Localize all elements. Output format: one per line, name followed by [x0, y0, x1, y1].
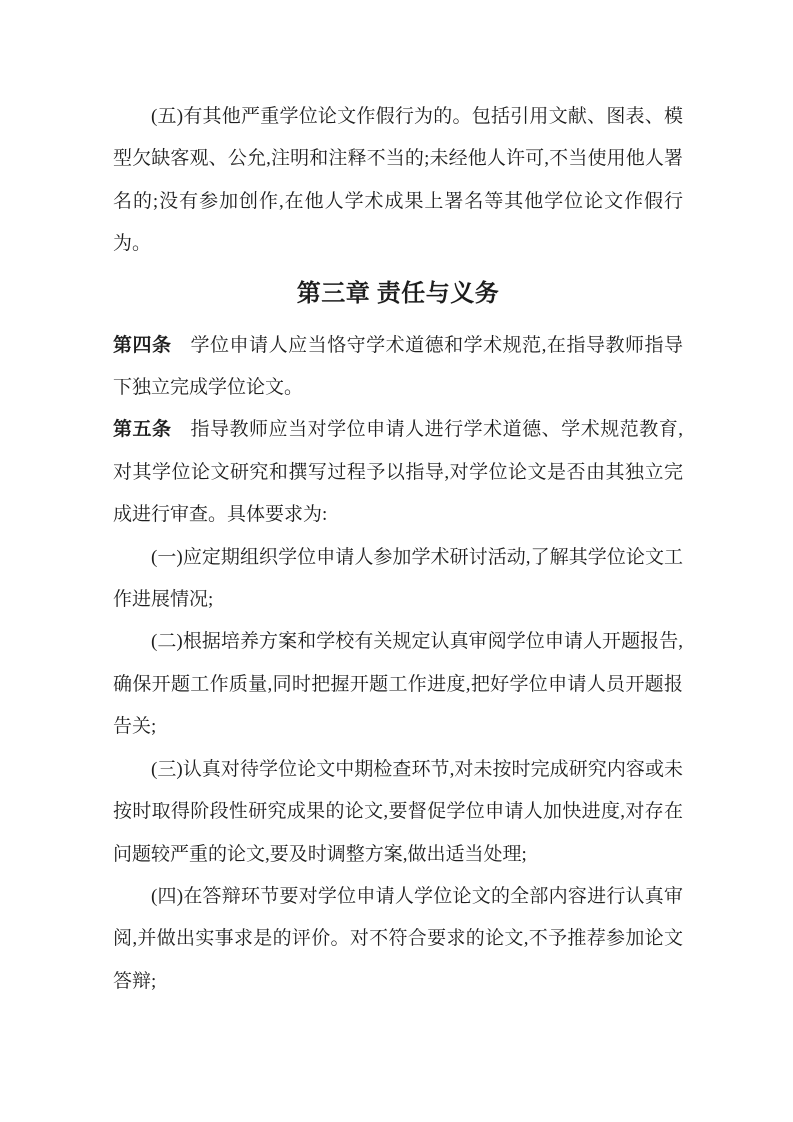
- article-4-text: 学位申请人应当恪守学术道德和学术规范,在指导教师指导下独立完成学位论文。: [113, 335, 683, 398]
- chapter-heading: 第三章 责任与义务: [113, 273, 683, 316]
- paragraph-item-4: (四)在答辩环节要对学位申请人学位论文的全部内容进行认真审阅,并做出实事求是的评…: [113, 876, 683, 1003]
- article-4: 第四条学位申请人应当恪守学术道德和学术规范,在指导教师指导下独立完成学位论文。: [113, 325, 683, 410]
- article-5: 第五条指导教师应当对学位申请人进行学术道德、学术规范教育,对其学位论文研究和撰写…: [113, 409, 683, 536]
- document-content: (五)有其他严重学位论文作假行为的。包括引用文献、图表、模型欠缺客观、公允,注明…: [113, 96, 683, 1003]
- paragraph-item-2: (二)根据培养方案和学校有关规定认真审阅学位申请人开题报告,确保开题工作质量,同…: [113, 621, 683, 748]
- article-5-text: 指导教师应当对学位申请人进行学术道德、学术规范教育,对其学位论文研究和撰写过程予…: [113, 419, 683, 525]
- paragraph-clause-5: (五)有其他严重学位论文作假行为的。包括引用文献、图表、模型欠缺客观、公允,注明…: [113, 96, 683, 266]
- paragraph-item-3: (三)认真对待学位论文中期检查环节,对未按时完成研究内容或未按时取得阶段性研究成…: [113, 749, 683, 876]
- article-4-label: 第四条: [113, 335, 172, 356]
- article-5-label: 第五条: [113, 419, 172, 440]
- document-page: (五)有其他严重学位论文作假行为的。包括引用文献、图表、模型欠缺客观、公允,注明…: [0, 0, 793, 1122]
- paragraph-item-1: (一)应定期组织学位申请人参加学术研讨活动,了解其学位论文工作进展情况;: [113, 537, 683, 622]
